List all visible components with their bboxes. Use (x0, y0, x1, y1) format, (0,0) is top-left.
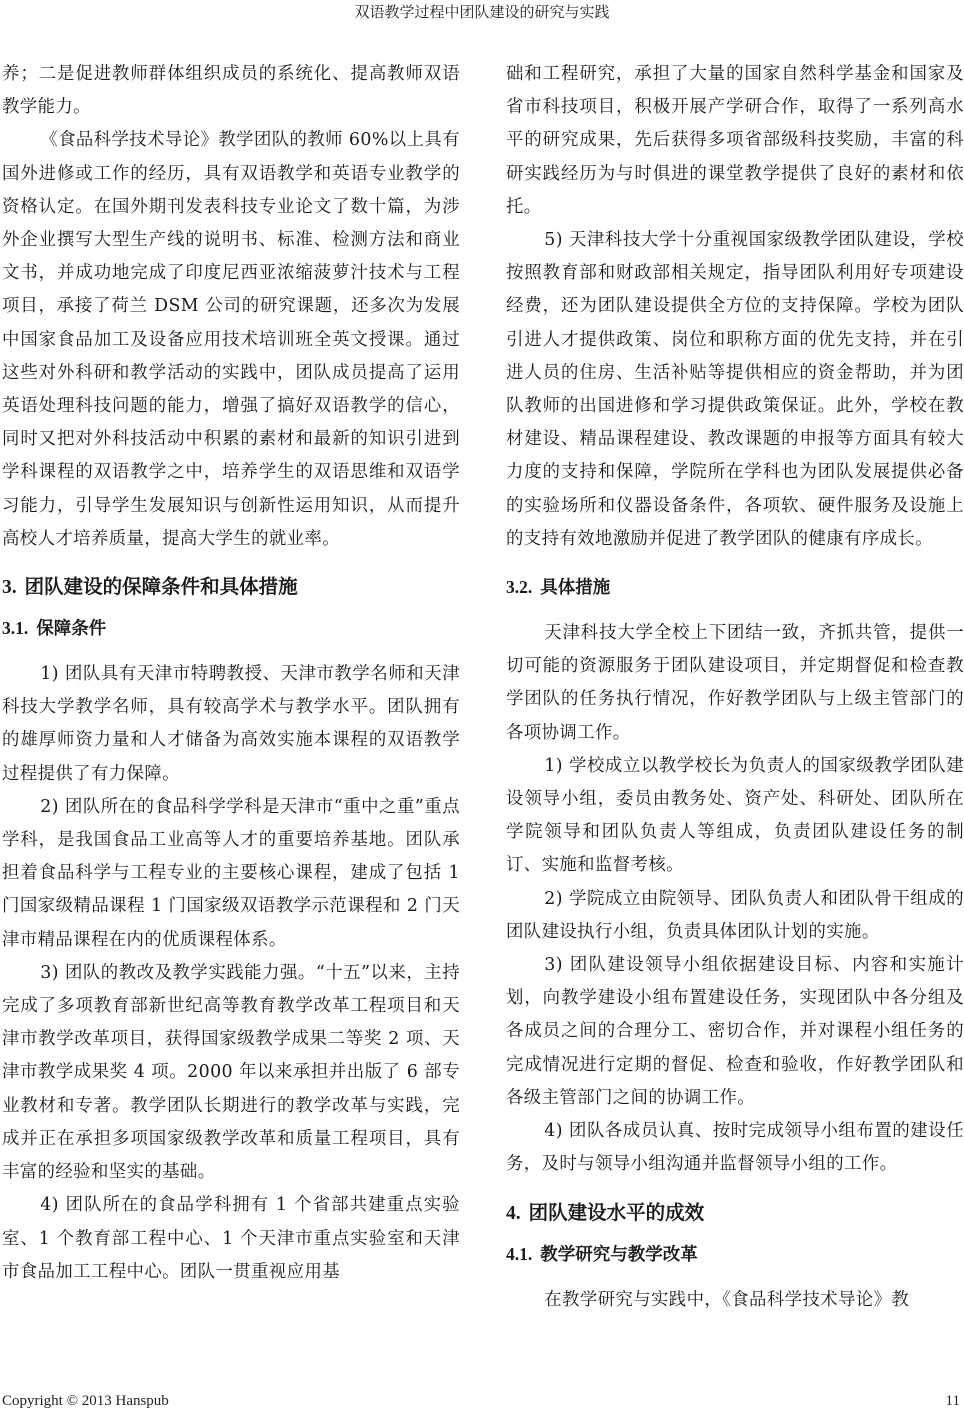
list-item: 3) 团队建设领导小组依据建设目标、内容和实施计划，向教学建设小组布置建设任务，… (506, 949, 964, 1115)
section-number: 3. (2, 577, 17, 598)
subsection-title: 保障条件 (36, 619, 106, 639)
list-item: 2) 学院成立由院领导、团队负责人和团队骨干组成的团队建设执行小组，负责具体团队… (506, 883, 964, 949)
subsection-number: 4.1. (506, 1244, 532, 1264)
running-header: 双语教学过程中团队建设的研究与实践 (0, 2, 964, 22)
subsection-heading-3-2: 3.2.具体措施 (506, 572, 964, 603)
list-item: 3) 团队的教改及教学实践能力强。“十五”以来，主持完成了多项教育部新世纪高等教… (2, 957, 460, 1189)
section-number: 4. (506, 1203, 521, 1224)
list-item: 1) 学校成立以教学校长为负责人的国家级教学团队建设领导小组，委员由教务处、资产… (506, 750, 964, 883)
section-title: 团队建设水平的成效 (529, 1201, 705, 1224)
paragraph: 《食品科学技术导论》教学团队的教师 60%以上具有国外进修或工作的经历，具有双语… (2, 124, 460, 556)
page-number: 11 (946, 1393, 960, 1410)
paragraph: 天津科技大学全校上下团结一致，齐抓共管，提供一切可能的资源服务于团队建设项目，并… (506, 617, 964, 750)
list-item: 4) 团队各成员认真、按时完成领导小组布置的建设任务，及时与领导小组沟通并监督领… (506, 1115, 964, 1181)
subsection-number: 3.1. (2, 618, 28, 638)
section-heading-3: 3.团队建设的保障条件和具体措施 (2, 572, 460, 603)
subsection-title: 教学研究与教学改革 (540, 1245, 698, 1265)
subsection-number: 3.2. (506, 577, 532, 597)
list-item: 1) 团队具有天津市特聘教授、天津市教学名师和天津科技大学教学名师，具有较高学术… (2, 658, 460, 791)
left-column: 养；二是促进教师群体组织成员的系统化、提高教师双语教学能力。 《食品科学技术导论… (2, 58, 460, 1289)
right-column: 础和工程研究，承担了大量的国家自然科学基金和国家及省市科技项目，积极开展产学研合… (506, 58, 964, 1317)
paragraph: 在教学研究与实践中，《食品科学技术导论》教 (506, 1284, 964, 1317)
subsection-title: 具体措施 (540, 578, 610, 598)
subsection-heading-3-1: 3.1.保障条件 (2, 613, 460, 644)
list-item: 4) 团队所在的食品学科拥有 1 个省部共建重点实验室、1 个教育部工程中心、1… (2, 1189, 460, 1289)
copyright-text: Copyright © 2013 Hanspub (2, 1393, 169, 1410)
section-title: 团队建设的保障条件和具体措施 (25, 575, 298, 598)
list-item: 5) 天津科技大学十分重视国家级教学团队建设，学校按照教育部和财政部相关规定，指… (506, 224, 964, 556)
paragraph: 养；二是促进教师群体组织成员的系统化、提高教师双语教学能力。 (2, 58, 460, 124)
section-heading-4: 4.团队建设水平的成效 (506, 1198, 964, 1229)
subsection-heading-4-1: 4.1.教学研究与教学改革 (506, 1239, 964, 1270)
list-item: 2) 团队所在的食品科学学科是天津市“重中之重”重点学科，是我国食品工业高等人才… (2, 791, 460, 957)
page-footer: Copyright © 2013 Hanspub 11 (2, 1393, 960, 1413)
paragraph: 础和工程研究，承担了大量的国家自然科学基金和国家及省市科技项目，积极开展产学研合… (506, 58, 964, 224)
